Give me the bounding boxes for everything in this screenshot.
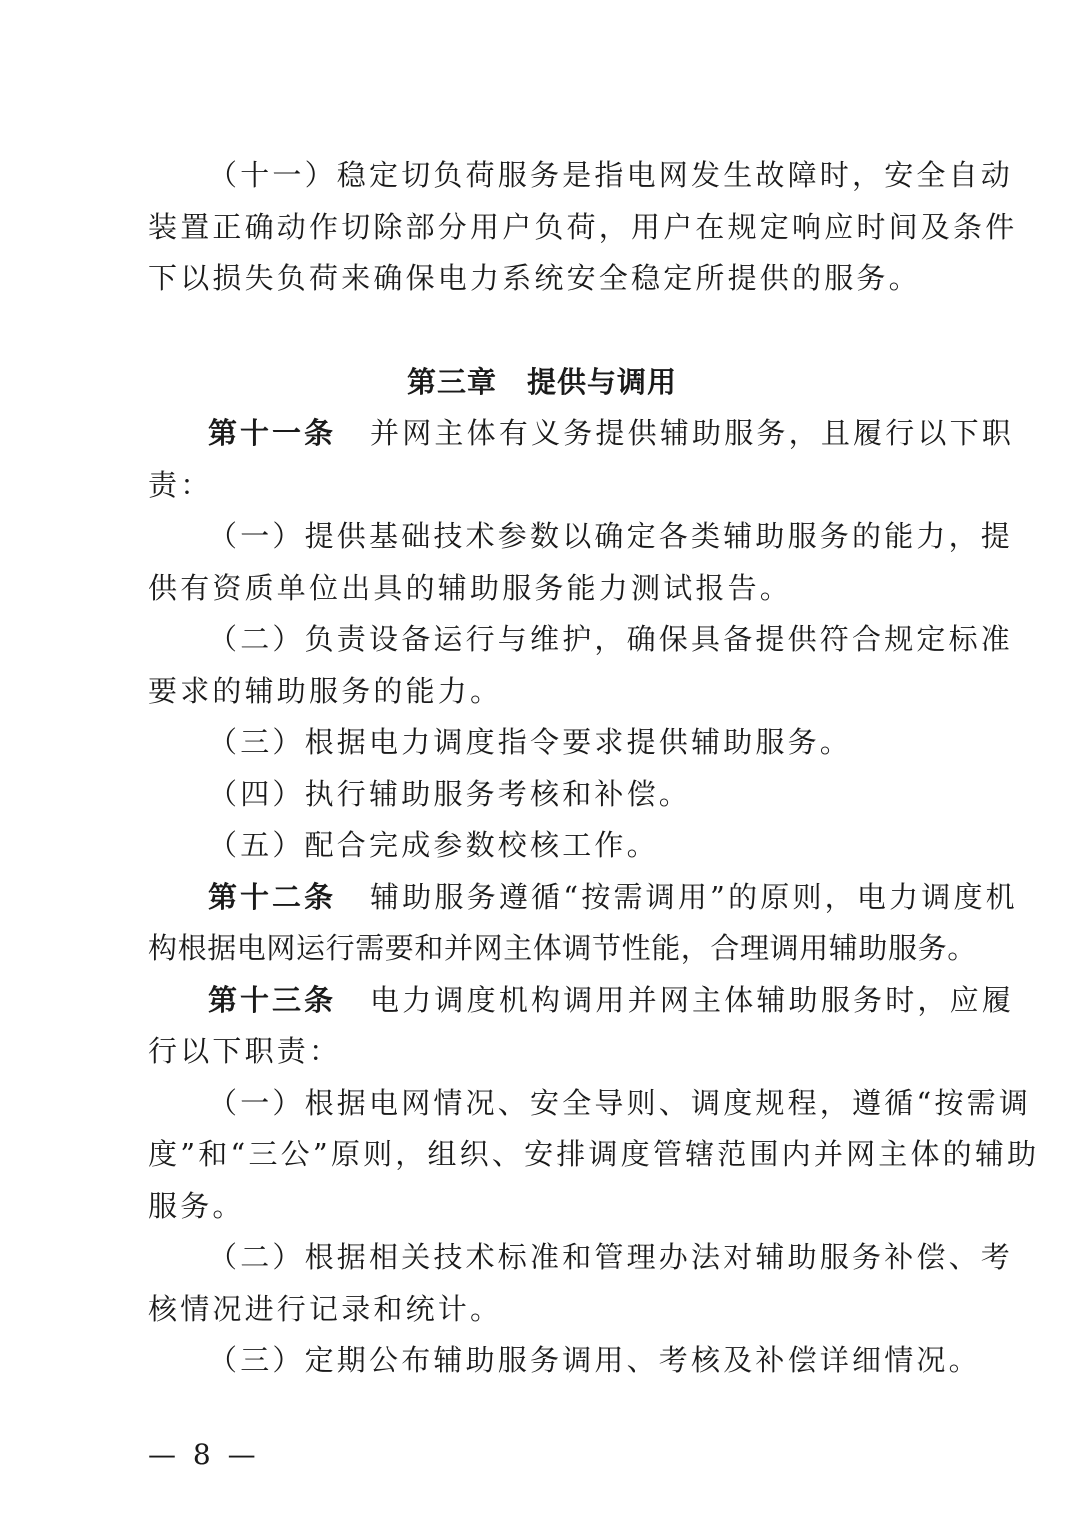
section-spacer <box>148 305 936 357</box>
list-item-line: 度”和“三公”原则，组织、安排调度管辖范围内并网主体的辅助 <box>148 1129 936 1181</box>
list-item-line: 要求的辅助服务的能力。 <box>148 666 936 718</box>
text-line: 行以下职责： <box>148 1026 936 1078</box>
article-13: 第十三条电力调度机构调用并网主体辅助服务时，应履 行以下职责： （一）根据电网情… <box>148 975 936 1387</box>
article-first-line: 第十一条并网主体有义务提供辅助服务，且履行以下职 <box>148 408 936 460</box>
article-first-line: 第十三条电力调度机构调用并网主体辅助服务时，应履 <box>148 975 936 1027</box>
list-item-line: 核情况进行记录和统计。 <box>148 1284 936 1336</box>
text-span: 电力调度机构调用并网主体辅助服务时，应履 <box>370 983 1014 1017</box>
list-item-line: （二）根据相关技术标准和管理办法对辅助服务补偿、考 <box>148 1232 936 1284</box>
article-label: 第十二条 <box>208 880 336 914</box>
text-line: （十一）稳定切负荷服务是指电网发生故障时，安全自动 <box>148 150 936 202</box>
list-item-line: （三）定期公布辅助服务调用、考核及补偿详细情况。 <box>148 1335 936 1387</box>
text-line: 责： <box>148 460 936 512</box>
document-page: （十一）稳定切负荷服务是指电网发生故障时，安全自动 装置正确动作切除部分用户负荷… <box>148 150 936 1387</box>
item-11-paragraph: （十一）稳定切负荷服务是指电网发生故障时，安全自动 装置正确动作切除部分用户负荷… <box>148 150 936 305</box>
chapter-heading: 第三章 提供与调用 <box>148 357 936 409</box>
page-number: — 8 — <box>148 1438 260 1471</box>
article-11: 第十一条并网主体有义务提供辅助服务，且履行以下职 责： （一）提供基础技术参数以… <box>148 408 936 872</box>
list-item-line: （一）提供基础技术参数以确定各类辅助服务的能力，提 <box>148 511 936 563</box>
article-label: 第十三条 <box>208 983 336 1017</box>
list-item-line: （二）负责设备运行与维护，确保具备提供符合规定标准 <box>148 614 936 666</box>
list-item-line: （四）执行辅助服务考核和补偿。 <box>148 769 936 821</box>
text-line: 装置正确动作切除部分用户负荷，用户在规定响应时间及条件 <box>148 202 936 254</box>
text-line: 构根据电网运行需要和并网主体调节性能，合理调用辅助服务。 <box>148 923 936 975</box>
article-first-line: 第十二条辅助服务遵循“按需调用”的原则，电力调度机 <box>148 872 936 924</box>
list-item-line: 服务。 <box>148 1181 936 1233</box>
article-label: 第十一条 <box>208 416 336 450</box>
list-item-line: （三）根据电力调度指令要求提供辅助服务。 <box>148 717 936 769</box>
text-span: 辅助服务遵循“按需调用”的原则，电力调度机 <box>370 880 1018 914</box>
list-item-line: 供有资质单位出具的辅助服务能力测试报告。 <box>148 563 936 615</box>
list-item-line: （五）配合完成参数校核工作。 <box>148 820 936 872</box>
text-line: 下以损失负荷来确保电力系统安全稳定所提供的服务。 <box>148 253 936 305</box>
article-12: 第十二条辅助服务遵循“按需调用”的原则，电力调度机 构根据电网运行需要和并网主体… <box>148 872 936 975</box>
text-span: 并网主体有义务提供辅助服务，且履行以下职 <box>370 416 1014 450</box>
list-item-line: （一）根据电网情况、安全导则、调度规程，遵循“按需调 <box>148 1078 936 1130</box>
